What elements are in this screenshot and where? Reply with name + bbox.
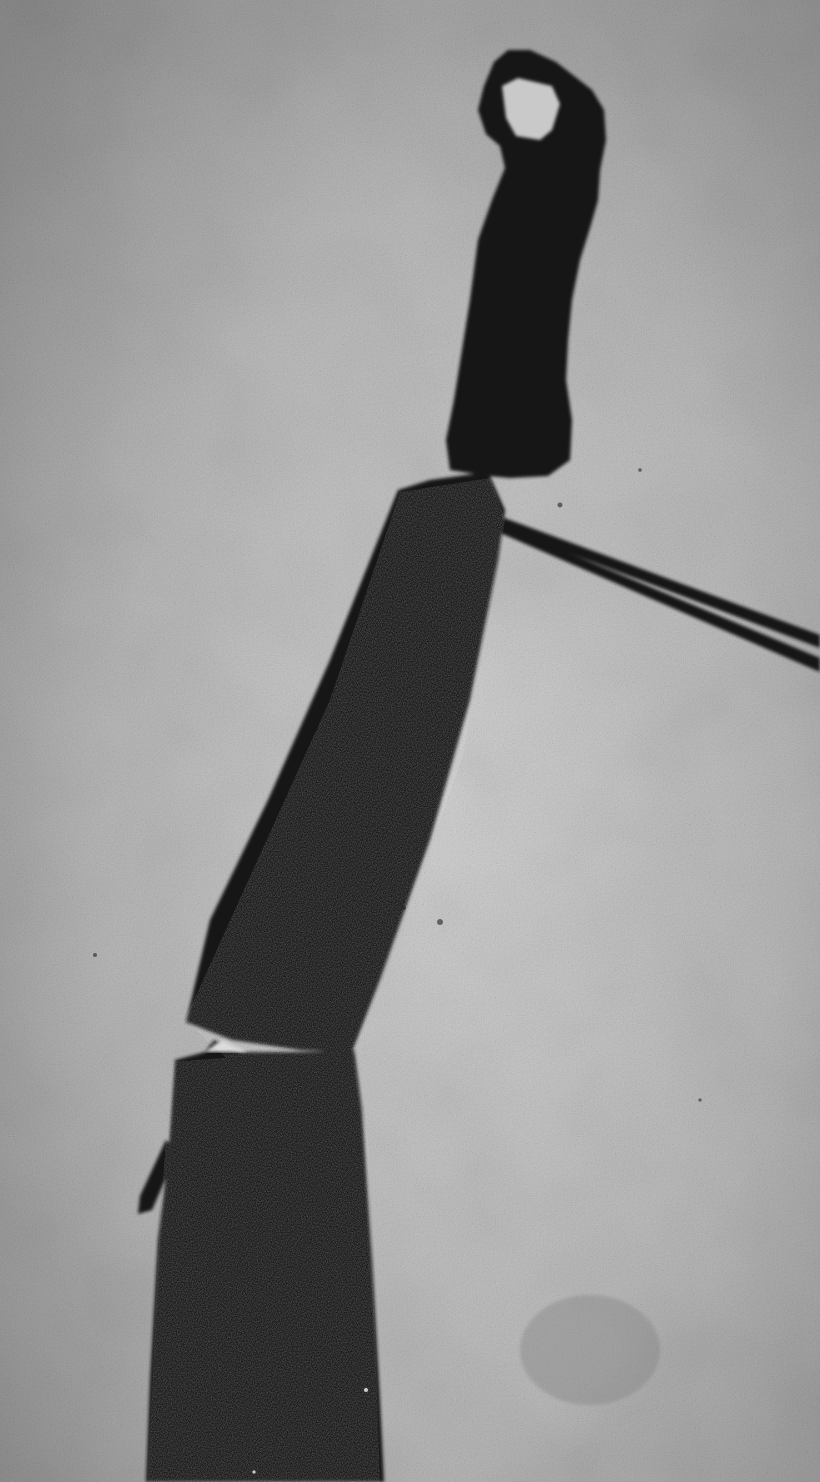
shadow-scene bbox=[0, 0, 820, 1482]
photograph: Black-and-white photograph of a shadow c… bbox=[0, 0, 820, 1482]
